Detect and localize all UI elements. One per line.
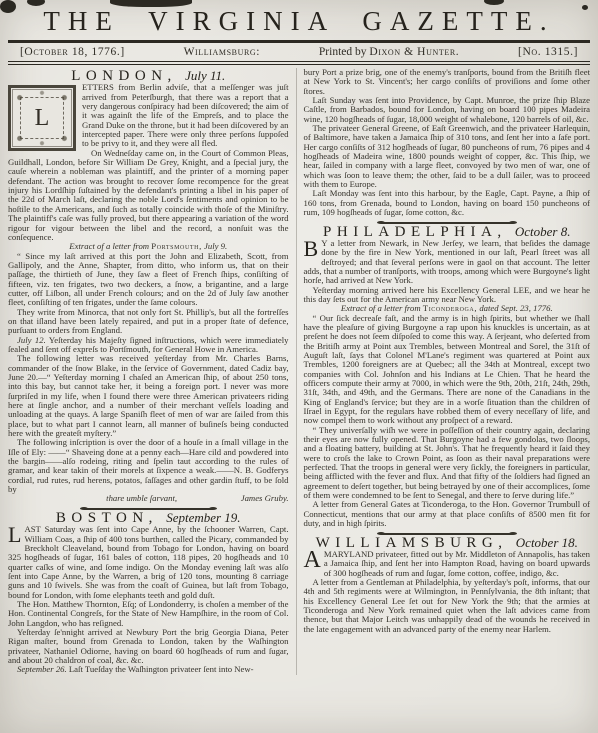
signature-line: thare umble ſarvant, James Gruby. bbox=[8, 494, 289, 503]
section-divider bbox=[84, 508, 213, 510]
paragraph-text: AST Saturday was ſent into Cape Anne, by… bbox=[8, 524, 289, 599]
section-divider bbox=[381, 533, 513, 535]
section-date: September 19. bbox=[166, 510, 240, 525]
philadelphia-paragraph-1: BY a letter from Newark, in New Jerſey, … bbox=[304, 239, 591, 286]
philadelphia-paragraph-3: “ Our ſick decreaſe faſt, and the army i… bbox=[304, 314, 591, 426]
city-label: Williamsburg: bbox=[184, 46, 261, 58]
boston-paragraph-4: September 26. Laſt Tueſday the Waſhingto… bbox=[8, 665, 289, 674]
printer-name: Dixon & Hunter. bbox=[369, 46, 459, 58]
section-heading-philadelphia: PHILADELPHIA, October 8. bbox=[304, 227, 591, 237]
issue-date: [October 18, 1776.] bbox=[20, 46, 125, 58]
printer-line: Printed by Dixon & Hunter. bbox=[319, 46, 459, 58]
extract-intro: Extract of a letter from bbox=[69, 241, 151, 251]
williamsburg-paragraph-2: A letter from a Gentleman at Philadelphi… bbox=[304, 578, 591, 634]
masthead-dateline: [October 18, 1776.] Williamsburg: Printe… bbox=[8, 43, 590, 65]
paragraph-text: Y a letter from Newark, in New Jerſey, w… bbox=[304, 238, 591, 285]
signature-role: thare umble ſarvant, bbox=[106, 494, 177, 503]
right-column: bury Port a prize brig, one of the enemy… bbox=[297, 68, 591, 675]
dropcap-letter: B bbox=[304, 239, 322, 258]
extract-date: July 9. bbox=[202, 241, 227, 251]
paper-tear-mark bbox=[484, 0, 504, 5]
extract-date: dated Sept. 23, 1776. bbox=[477, 303, 553, 313]
section-date: July 11. bbox=[185, 68, 225, 83]
masthead-title: THE VIRGINIA GAZETTE. bbox=[8, 6, 590, 43]
paragraph-text: Yeſterday his Majeſty ſigned inſtruction… bbox=[8, 335, 289, 354]
paper-tear-mark bbox=[582, 5, 588, 10]
section-date: October 8. bbox=[515, 224, 571, 239]
dropcap-letter: L bbox=[8, 525, 24, 544]
paper-tear-mark bbox=[110, 0, 192, 7]
printed-by-label: Printed by bbox=[319, 46, 367, 58]
issue-number: [No. 1315.] bbox=[518, 46, 578, 58]
newspaper-page: THE VIRGINIA GAZETTE. [October 18, 1776.… bbox=[0, 0, 598, 733]
ornament-frame: L bbox=[20, 97, 64, 139]
left-column: LONDON, July 11. L ETTERS from Berlin ad… bbox=[8, 68, 297, 675]
news-paragraph-3: The privateer General Greene, of Eaſt Gr… bbox=[304, 124, 591, 189]
london-paragraph-5: July 12. Yeſterday his Majeſty ſigned in… bbox=[8, 336, 289, 355]
paragraph-text: MARYLAND privateer, fitted out by Mr. Mi… bbox=[324, 549, 590, 578]
london-paragraph-3: “ Since my laſt arrived at this port the… bbox=[8, 252, 289, 308]
london-paragraph-1: L ETTERS from Berlin adviſe, that a meſſ… bbox=[8, 83, 289, 148]
continued-paragraph-1: bury Port a prize brig, one of the enemy… bbox=[304, 68, 591, 96]
extract-place: Ticonderoga, bbox=[423, 303, 477, 313]
boston-paragraph-2: The Hon. Matthew Thornton, Eſq; of Londo… bbox=[8, 600, 289, 628]
ornamental-dropcap: L bbox=[8, 85, 76, 151]
philadelphia-paragraph-2: Yeſterday morning arrived here his Excel… bbox=[304, 286, 591, 305]
boston-paragraph-3: Yeſterday ſe'nnight arrived at Newbury P… bbox=[8, 628, 289, 665]
section-heading-boston: BOSTON, September 19. bbox=[8, 513, 289, 523]
london-paragraph-7: The following inſcription is over the do… bbox=[8, 438, 289, 494]
section-heading-williamsburg: WILLIAMSBURG, October 18. bbox=[304, 538, 591, 548]
paragraph-text: ETTERS from Berlin adviſe, that a meſſen… bbox=[82, 82, 289, 148]
dropcap-letter: L bbox=[35, 114, 50, 123]
paper-tear-mark bbox=[0, 0, 16, 13]
section-heading-london: LONDON, July 11. bbox=[8, 71, 289, 81]
signature-name: James Gruby. bbox=[241, 494, 289, 503]
dateline-lead: September 26. bbox=[17, 664, 67, 674]
philadelphia-paragraph-4: “ They univerſally wiſh we were in poſſe… bbox=[304, 426, 591, 501]
london-paragraph-4: They write from Minorca, that not only f… bbox=[8, 308, 289, 336]
section-date: October 18. bbox=[516, 535, 578, 550]
extract-place: Portsmouth, bbox=[151, 241, 202, 251]
news-paragraph-2: Laſt Sunday was ſent into Providence, by… bbox=[304, 96, 591, 124]
london-paragraph-2: On Wedneſday came on, in the Court of Co… bbox=[8, 149, 289, 242]
extract-intro: Extract of a letter from bbox=[341, 303, 423, 313]
boston-paragraph-1: LAST Saturday was ſent into Cape Anne, b… bbox=[8, 525, 289, 600]
williamsburg-paragraph-1: A MARYLAND privateer, fitted out by Mr. … bbox=[304, 550, 591, 578]
paragraph-text: Laſt Tueſday the Waſhington privateer ſe… bbox=[67, 664, 254, 674]
section-divider bbox=[381, 222, 513, 224]
philadelphia-paragraph-5: A letter from General Gates at Ticondero… bbox=[304, 500, 591, 528]
dropcap-letter: A bbox=[304, 550, 324, 570]
news-paragraph-4: Laſt Monday was ſent into this harbour, … bbox=[304, 189, 591, 217]
london-paragraph-6: The following letter was received yeſter… bbox=[8, 354, 289, 438]
article-columns: LONDON, July 11. L ETTERS from Berlin ad… bbox=[8, 68, 590, 675]
